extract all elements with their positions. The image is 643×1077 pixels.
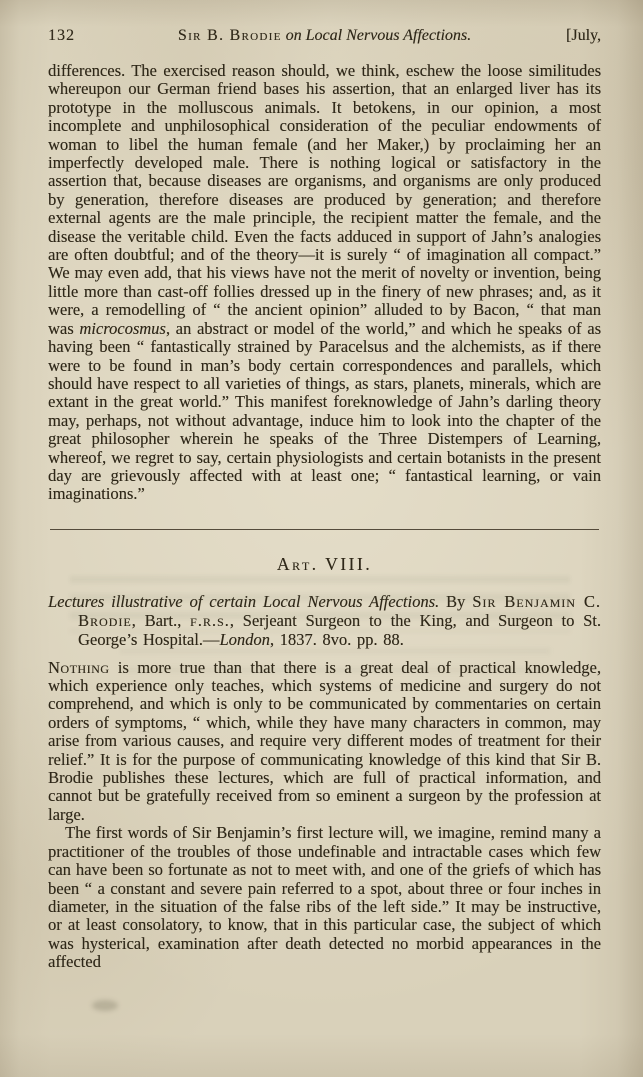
running-head: 132 Sir B. Brodie on Local Nervous Affec…: [48, 27, 601, 45]
page-number: 132: [48, 27, 110, 45]
article-heading: Art. VIII.: [48, 554, 601, 575]
article-title-citation: Lectures illustrative of certain Local N…: [48, 592, 601, 650]
paper-blemish: [92, 1000, 118, 1011]
article-paragraph-1: Nothing is more true than that there is …: [48, 659, 601, 825]
scanned-journal-page: 132 Sir B. Brodie on Local Nervous Affec…: [0, 0, 643, 1077]
section-divider-rule: [50, 529, 599, 530]
continuation-paragraph: differences. The exercised reason should…: [48, 62, 601, 504]
article-paragraph-2: The first words of Sir Benjamin’s first …: [48, 824, 601, 971]
running-title: Sir B. Brodie on Local Nervous Affection…: [110, 27, 539, 45]
issue-date: [July,: [539, 27, 601, 45]
